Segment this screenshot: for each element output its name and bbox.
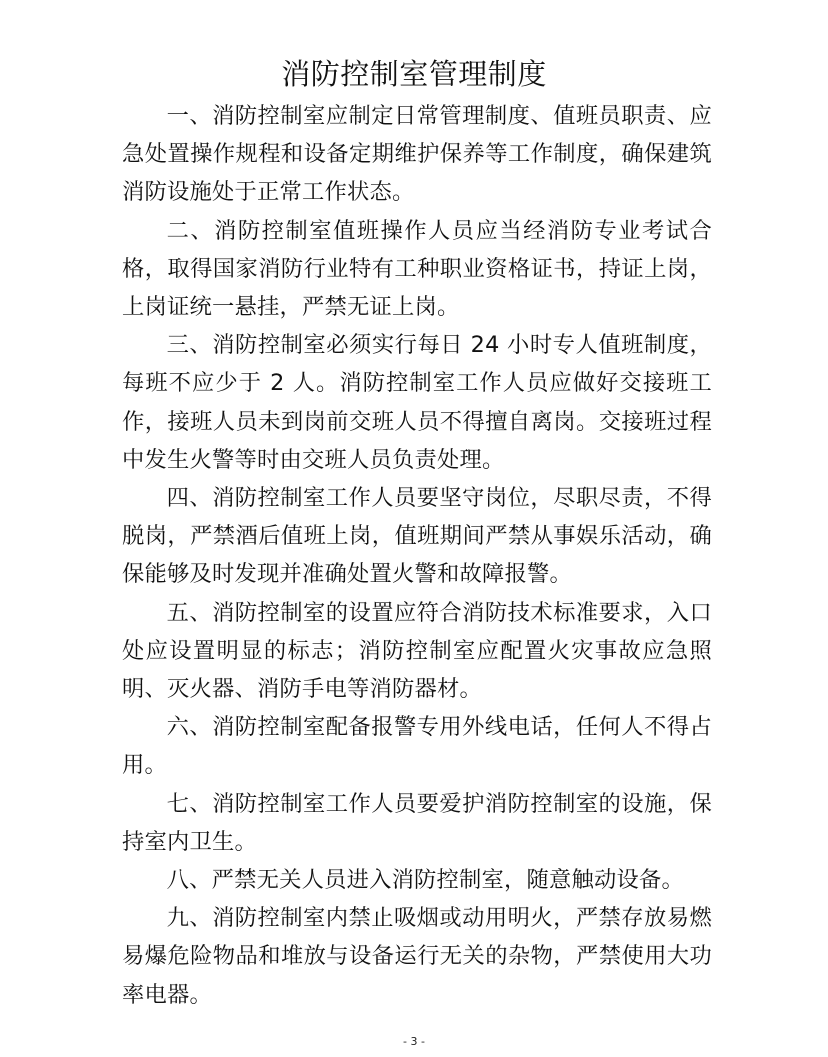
document-body: 一、消防控制室应制定日常管理制度、值班员职责、应急处置操作规程和设备定期维护保养…: [122, 97, 712, 1014]
paragraph-7: 七、消防控制室工作人员要爱护消防控制室的设施，保持室内卫生。: [122, 785, 712, 861]
paragraph-8: 八、严禁无关人员进入消防控制室，随意触动设备。: [122, 861, 712, 899]
paragraph-6: 六、消防控制室配备报警专用外线电话，任何人不得占用。: [122, 708, 712, 784]
paragraph-4: 四、消防控制室工作人员要坚守岗位，尽职尽责，不得脱岗，严禁酒后值班上岗，值班期间…: [122, 479, 712, 594]
paragraph-1: 一、消防控制室应制定日常管理制度、值班员职责、应急处置操作规程和设备定期维护保养…: [122, 97, 712, 212]
paragraph-3: 三、消防控制室必须实行每日 24 小时专人值班制度，每班不应少于 2 人。消防控…: [122, 326, 712, 479]
paragraph-2: 二、消防控制室值班操作人员应当经消防专业考试合格，取得国家消防行业特有工种职业资…: [122, 212, 712, 327]
paragraph-9: 九、消防控制室内禁止吸烟或动用明火，严禁存放易燃易爆危险物品和堆放与设备运行无关…: [122, 899, 712, 1014]
document-title: 消防控制室管理制度: [0, 52, 828, 96]
paragraph-5: 五、消防控制室的设置应符合消防技术标准要求，入口处应设置明显的标志；消防控制室应…: [122, 594, 712, 709]
document-page: 消防控制室管理制度 一、消防控制室应制定日常管理制度、值班员职责、应急处置操作规…: [0, 0, 828, 1057]
page-number: - 3 -: [0, 1034, 828, 1050]
